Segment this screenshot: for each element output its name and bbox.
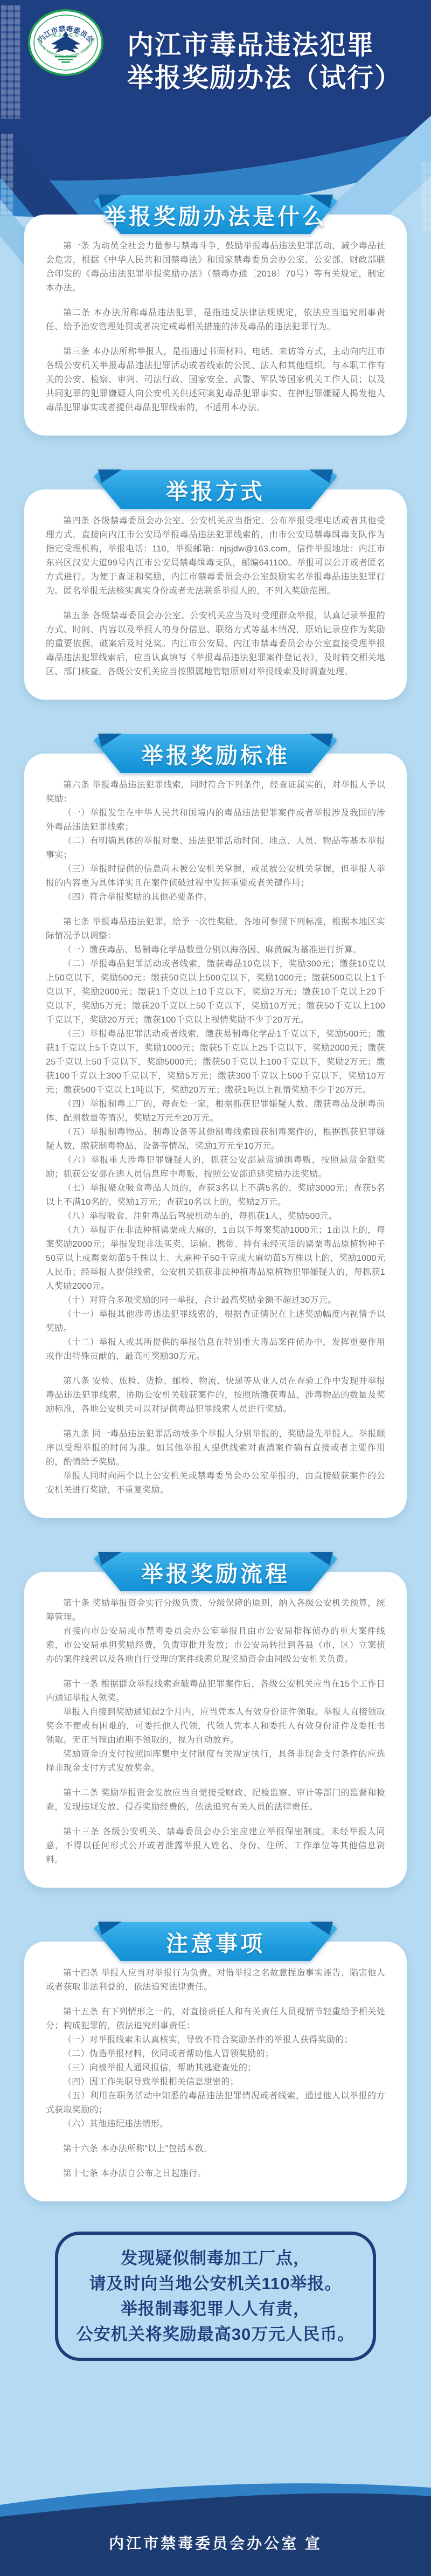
section-card-2: 举报方式第四条 各级禁毒委员会办公室、公安机关应当指定、公布举报受理电话或者其他… [24,489,407,700]
paragraph: （一）对举报线索未认真核实，导致不符合奖励条件的举报人获得奖励的； [46,2033,385,2047]
footer-background [0,2474,431,2576]
paragraph: （六）举报重大涉毒犯罪嫌疑人的，抓获公安部悬赏通缉毒贩，按照悬赏金额奖励；抓获公… [46,1154,385,1182]
poster-title-line1: 内江市毒品违法犯罪 [127,29,402,62]
paragraph: （九）举报正在非法种植罂粟或大麻的，1亩以下每案奖励1000元；1亩以上的，每案… [46,1224,385,1294]
paragraph: 第十七条 本办法自公布之日起施行。 [46,2167,385,2181]
section-body: 第四条 各级禁毒委员会办公室、公安机关应当指定、公布举报受理电话或者其他受理方式… [46,514,385,679]
paragraph: （五）利用在职务活动中知悉的毒品违法犯罪情况或者线索，通过他人以举报的方式获取奖… [46,2089,385,2117]
paragraph: 第四条 各级禁毒委员会办公室、公安机关应当指定、公布举报受理电话或者其他受理方式… [46,514,385,598]
paragraph: 第九条 同一毒品违法犯罪活动被多个举报人分别举报的，奖励最先举报人。举报顺序以受… [46,1427,385,1469]
paragraph: （六）其他违纪违法情形。 [46,2117,385,2131]
callout-line: 公安机关将奖励最高30万元人民币。 [65,2322,366,2347]
paragraph: （三）举报时提供的信息尚未被公安机关掌握，或虽被公安机关掌握，但举报人举报的内容… [46,862,385,890]
section-body: 第六条 举报毒品违法犯罪线索，同时符合下列条件，经查证属实的，对举报人予以奖励：… [46,778,385,1497]
paragraph: 举报人自接到奖励通知起2个月内，应当凭本人有效身份证件领取。举报人直接领取奖金不… [46,1705,385,1748]
paragraph: 直接向市公安局或市禁毒委员会办公室举报且由市公安局指挥侦办的重大案件线索，市公安… [46,1625,385,1667]
section-card-5: 注意事项第十四条 举报人应当对举报行为负责。对借举报之名故意捏造事实诬告、陷害他… [24,1942,407,2201]
paragraph: （三）向被举报人通风报信，帮助其逃避查处的； [46,2061,385,2075]
section-card-4: 举报奖励流程第十条 奖励举报资金实行分级负责、分级保障的原则，纳入各级公安机关预… [24,1572,407,1888]
paragraph: （一）举报发生在中华人民共和国境内的毒品违法犯罪案件或者举报涉及我国的涉外毒品违… [46,806,385,834]
paragraph: 第十三条 各级公安机关、禁毒委员会办公室应建立举报保密制度。未经举报人同意，不得… [46,1825,385,1867]
paragraph: （四）因工作失职导致举报相关信息泄密的； [46,2075,385,2089]
paragraph: （四）符合举报奖励的其他必要条件。 [46,890,385,904]
paragraph: （十）对符合多项奖励的同一举报，合计最高奖励金额不超过30万元。 [46,1294,385,1308]
paragraph: 第二条 本办法所称毒品违法犯罪，是指违反法律法规规定，依法应当追究刑事责任、给予… [46,306,385,334]
callout-line: 请及时向当地公安机关110举报。 [65,2271,366,2296]
section-card-3: 举报奖励标准第六条 举报毒品违法犯罪线索，同时符合下列条件，经查证属实的，对举报… [24,754,407,1518]
paragraph: （二）举报毒品犯罪活动或者线索，缴获毒品10克以下，奖励300元；缴获10克以上… [46,957,385,1027]
section-ribbon: 注意事项 [94,1922,337,1961]
section-ribbon: 举报奖励办法是什么 [94,195,337,234]
paragraph: 第八条 安检、旅检、货检、邮检、物流、快递等从业人员在查验工作中发现并举报毒品违… [46,1375,385,1417]
section-ribbon: 举报方式 [94,470,337,509]
section-body: 第十条 奖励举报资金实行分级负责、分级保障的原则，纳入各级公安机关预算，统筹管理… [46,1597,385,1867]
paragraph: （二）有明确具体的举报对象、违法犯罪活动时间、地点、人员、物品等基本举报事实； [46,834,385,862]
paragraph: （四）举报制毒工厂的，每查处一家，根据抓获犯罪嫌疑人数、缴获毒品及制毒前体、配剂… [46,1097,385,1125]
section-title: 举报奖励办法是什么 [94,195,337,234]
section-body: 第十四条 举报人应当对举报行为负责。对借举报之名故意捏造事实诬告、陷害他人或者获… [46,1966,385,2181]
paragraph: 举报人同时向两个以上公安机关或禁毒委员会办公室举报的，由直接破获案件的公安机关进… [46,1469,385,1497]
paragraph: 第十条 奖励举报资金实行分级负责、分级保障的原则，纳入各级公安机关预算，统筹管理… [46,1597,385,1625]
paragraph: 奖励资金的支付按照国库集中支付制度有关规定执行，具备非现金支付条件的应选择非现金… [46,1748,385,1776]
footer: 内江市禁毒委员会办公室 宣 [0,2474,431,2576]
paragraph: （二）伪造举报材料，伙同或者帮助他人冒领奖励的； [46,2047,385,2061]
section-ribbon: 举报奖励标准 [94,734,337,773]
section-title: 注意事项 [94,1922,337,1961]
paragraph: （五）举报制毒物品、制毒设备等其他制毒线索破获制毒案件的，根据抓获犯罪嫌疑人数，… [46,1125,385,1154]
paragraph: （三）举报毒品犯罪活动或者线索，缴获易制毒化学品1千克以下，奖励500元；缴获1… [46,1027,385,1097]
reward-callout-box: 发现疑似制毒加工厂点，请及时向当地公安机关110举报。举报制毒犯罪人人有责，公安… [55,2232,376,2361]
section-ribbon: 举报奖励流程 [94,1552,337,1591]
paragraph: （一）缴获毒品、易制毒化学品数量分别以海洛因、麻黄碱为基准进行折算。 [46,943,385,957]
callout-line: 举报制毒犯罪人人有责， [65,2296,366,2322]
ncc-logo: 内江市禁毒委员会 N.J.N.C.C NEIJIANG NARCOTICS CO… [27,9,105,77]
paragraph: 第七条 举报毒品违法犯罪，给予一次性奖励。各地可参照下列标准，根据本地区实际情况… [46,915,385,943]
paragraph: （十一）举报其他涉毒违法犯罪线索的，根据查证情况在上述奖励幅度内视情予以奖励。 [46,1308,385,1336]
section-body: 第一条 为动员全社会力量参与禁毒斗争，鼓励举报毒品违法犯罪活动，减少毒品社会危害… [46,239,385,415]
poster-title: 内江市毒品违法犯罪 举报奖励办法（试行） [127,29,402,95]
paragraph: 第三条 本办法所称举报人，是指通过书面材料、电话、来访等方式，主动向内江市各级公… [46,345,385,415]
paragraph: 第十二条 奖励举报资金发放应当自觉接受财政、纪检监察、审计等部门的监督和检查，发… [46,1786,385,1814]
paragraph: 第五条 各级禁毒委员会办公室、公安机关应当及时受理群众举报，认真记录举报的方式、… [46,609,385,679]
sections-container: 举报奖励办法是什么第一条 为动员全社会力量参与禁毒斗争，鼓励举报毒品违法犯罪活动… [0,0,431,2201]
eagle-emblem-icon: 内江市禁毒委员会 N.J.N.C.C NEIJIANG NARCOTICS CO… [27,9,105,77]
section-title: 举报奖励标准 [94,734,337,773]
section-title: 举报方式 [94,470,337,509]
section-card-1: 举报奖励办法是什么第一条 为动员全社会力量参与禁毒斗争，鼓励举报毒品违法犯罪活动… [24,215,407,436]
paragraph: （八）举报吸食、注射毒品后驾驶机动车的，每抓获1人，奖励500元。 [46,1210,385,1224]
poster: 内江市禁毒委员会 N.J.N.C.C NEIJIANG NARCOTICS CO… [0,0,431,2576]
paragraph: 第十六条 本办法所称“以上”包括本数。 [46,2142,385,2156]
paragraph: 第十一条 根据群众举报线索查破毒品犯罪案件后，各级公安机关应当在15个工作日内通… [46,1677,385,1705]
poster-title-line2: 举报奖励办法（试行） [127,62,402,95]
section-title: 举报奖励流程 [94,1552,337,1591]
paragraph: 第十五条 有下列情形之一的，对直接责任人和有关责任人员视情节轻重给予相关处分；构… [46,2005,385,2033]
paragraph: （十二）举报人或其所提供的举报信息在特别重大毒品案件侦办中，发挥重要作用或作出特… [46,1336,385,1364]
paragraph: 第十四条 举报人应当对举报行为负责。对借举报之名故意捏造事实诬告、陷害他人或者获… [46,1966,385,1994]
paragraph: 第六条 举报毒品违法犯罪线索，同时符合下列条件，经查证属实的，对举报人予以奖励： [46,778,385,806]
callout-line: 发现疑似制毒加工厂点， [65,2246,366,2271]
paragraph: （七）举报聚众吸食毒品人员的，查获3名以上不满5名的，奖励3000元；查获5名以… [46,1182,385,1210]
footer-publisher: 内江市禁毒委员会办公室 宣 [0,2532,431,2553]
paragraph: 第一条 为动员全社会力量参与禁毒斗争，鼓励举报毒品违法犯罪活动，减少毒品社会危害… [46,239,385,295]
